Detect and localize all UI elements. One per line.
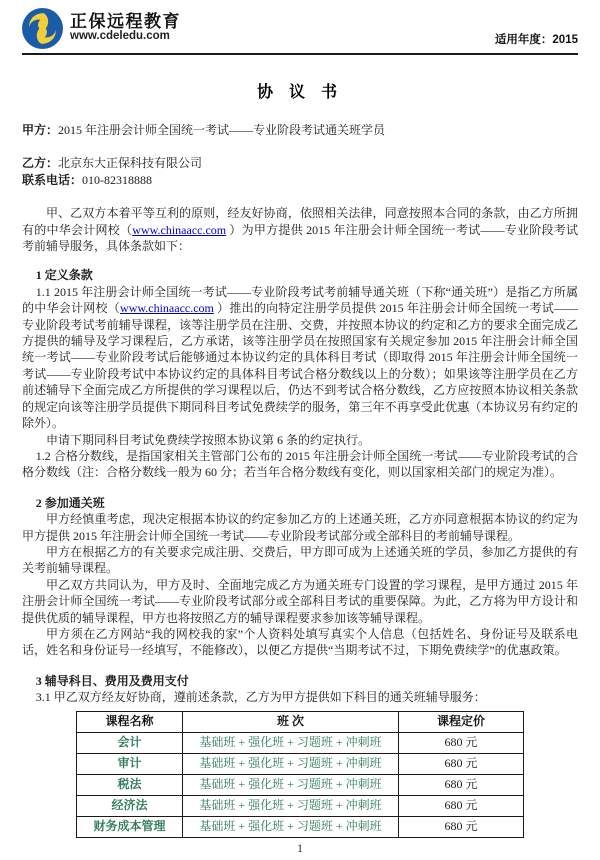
phone-value: 010-82318888 bbox=[82, 173, 152, 187]
table-row: 财务成本管理 基础班 + 强化班 + 习题班 + 冲刺班 680 元 bbox=[77, 816, 524, 837]
course-classes: 基础班 + 强化班 + 习题班 + 冲刺班 bbox=[183, 774, 399, 795]
table-row: 税法 基础班 + 强化班 + 习题班 + 冲刺班 680 元 bbox=[77, 774, 524, 795]
table-header-row: 课程名称 班 次 课程定价 bbox=[77, 711, 524, 732]
agreement-page: 正保远程教育 www.cdeledu.com 适用年度：2015 协 议 书 甲… bbox=[0, 0, 600, 857]
course-name: 经济法 bbox=[77, 795, 183, 816]
brand-text: 正保远程教育 www.cdeledu.com bbox=[70, 13, 181, 45]
course-price: 680 元 bbox=[399, 795, 524, 816]
intro-paragraph: 甲、乙双方本着平等互利的原则，经友好协商，依照相关法律，同意按照本合同的条款，由… bbox=[22, 205, 578, 254]
party-b-value: 北京东大正保科技有限公司 bbox=[58, 156, 202, 170]
page-title: 协 议 书 bbox=[22, 79, 578, 102]
course-price: 680 元 bbox=[399, 732, 524, 753]
table-row: 会计 基础班 + 强化班 + 习题班 + 冲刺班 680 元 bbox=[77, 732, 524, 753]
course-price: 680 元 bbox=[399, 816, 524, 837]
clause-3-1: 3.1 甲乙双方经友好协商，遵前述条款，乙方为甲方提供如下科目的通关班辅导服务： bbox=[22, 689, 578, 705]
party-b-label: 乙方： bbox=[22, 156, 58, 170]
clause-2-p1: 甲方经慎重考虑，现决定根据本协议的约定参加乙方的上述通关班，乙方亦同意根据本协议… bbox=[22, 511, 578, 544]
page-header: 正保远程教育 www.cdeledu.com 适用年度：2015 bbox=[22, 8, 578, 55]
course-price: 680 元 bbox=[399, 753, 524, 774]
phone-label: 联系电话： bbox=[22, 173, 82, 187]
table-row: 审计 基础班 + 强化班 + 习题班 + 冲刺班 680 元 bbox=[77, 753, 524, 774]
party-b-line: 乙方：北京东大正保科技有限公司 bbox=[22, 155, 578, 171]
phone-line: 联系电话：010-82318888 bbox=[22, 172, 578, 188]
course-name: 税法 bbox=[77, 774, 183, 795]
clause-renewal: 申请下期同科目考试免费续学按照本协议第 6 条的约定执行。 bbox=[22, 432, 578, 448]
course-fee-table: 课程名称 班 次 课程定价 会计 基础班 + 强化班 + 习题班 + 冲刺班 6… bbox=[76, 711, 524, 838]
course-classes: 基础班 + 强化班 + 习题班 + 冲刺班 bbox=[183, 753, 399, 774]
col-header-price: 课程定价 bbox=[399, 711, 524, 732]
brand-block: 正保远程教育 www.cdeledu.com bbox=[22, 8, 181, 49]
clause-2-p3: 甲乙双方共同认为，甲方及时、全面地完成乙方为通关班专门设置的学习课程，是甲方通过… bbox=[22, 577, 578, 626]
course-classes: 基础班 + 强化班 + 习题班 + 冲刺班 bbox=[183, 816, 399, 837]
chinaacc-link[interactable]: www.chinaacc.com bbox=[132, 223, 226, 237]
clause-2-p4: 甲方须在乙方网站“我的网校我的家”个人资料处填写真实个人信息（包括姓名、身份证号… bbox=[22, 626, 578, 659]
col-header-course: 课程名称 bbox=[77, 711, 183, 732]
party-a-line: 甲方：2015 年注册会计师全国统一考试——专业阶段考试通关班学员 bbox=[22, 122, 578, 138]
course-classes: 基础班 + 强化班 + 习题班 + 冲刺班 bbox=[183, 795, 399, 816]
section3-heading: 3 辅导科目、费用及费用支付 bbox=[22, 673, 578, 689]
cdel-logo-icon bbox=[22, 8, 63, 49]
party-a-value: 2015 年注册会计师全国统一考试——专业阶段考试通关班学员 bbox=[58, 123, 385, 137]
clause-2-p2: 甲方在根据乙方的有关要求完成注册、交费后，甲方即可成为上述通关班的学员，参加乙方… bbox=[22, 544, 578, 577]
course-name: 财务成本管理 bbox=[77, 816, 183, 837]
clause-1-2: 1.2 合格分数线，是指国家相关主管部门公布的 2015 年注册会计师全国统一考… bbox=[22, 448, 578, 481]
section1-heading: 1 定义条款 bbox=[22, 267, 578, 283]
brand-url[interactable]: www.cdeledu.com bbox=[70, 30, 181, 42]
course-classes: 基础班 + 强化班 + 习题班 + 冲刺班 bbox=[183, 732, 399, 753]
course-price: 680 元 bbox=[399, 774, 524, 795]
course-name: 会计 bbox=[77, 732, 183, 753]
col-header-classes: 班 次 bbox=[183, 711, 399, 732]
applicable-year-label: 适用年度：2015 bbox=[495, 31, 578, 49]
party-a-label: 甲方： bbox=[22, 123, 58, 137]
section2-heading: 2 参加通关班 bbox=[22, 495, 578, 511]
course-name: 审计 bbox=[77, 753, 183, 774]
page-number: 1 bbox=[22, 841, 578, 857]
clause-1-1: 1.1 2015 年注册会计师全国统一考试——专业阶段考试考前辅导通关班（下称“… bbox=[22, 284, 578, 432]
table-row: 经济法 基础班 + 强化班 + 习题班 + 冲刺班 680 元 bbox=[77, 795, 524, 816]
chinaacc-link-2[interactable]: www.chinaacc.com bbox=[120, 301, 214, 315]
clause-1-1-post: ）推出的向特定注册学员提供 2015 年注册会计师全国统一考试——专业阶段考试考… bbox=[22, 301, 578, 430]
brand-name: 正保远程教育 bbox=[70, 13, 181, 31]
agreement-body: 甲方：2015 年注册会计师全国统一考试——专业阶段考试通关班学员 乙方：北京东… bbox=[22, 122, 578, 857]
